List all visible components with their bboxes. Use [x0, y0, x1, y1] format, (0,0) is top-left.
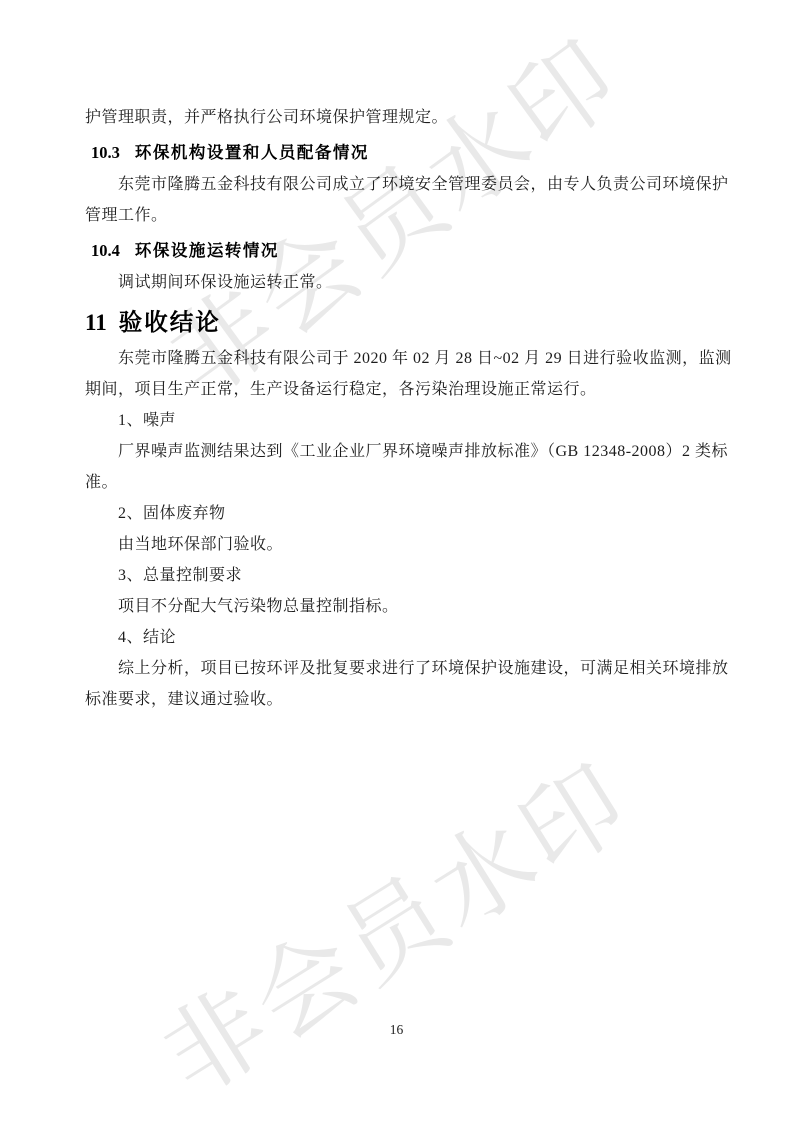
document-page: 非会员水印 非会员水印 护管理职责，并严格执行公司环境保护管理规定。 10.3 … [0, 0, 793, 1122]
list-item-4-title: 4、结论 [85, 622, 725, 653]
list-item-3-body: 项目不分配大气污染物总量控制指标。 [85, 591, 725, 622]
section-number: 10.4 [91, 235, 120, 266]
section-heading-10-4: 10.4 环保设施运转情况 [91, 235, 725, 267]
paragraph-11-line-2: 期间，项目生产正常，生产设备运行稳定，各污染治理设施正常运行。 [85, 374, 725, 405]
paragraph-11-line-1: 东莞市隆腾五金科技有限公司于 2020 年 02 月 28 日~02 月 29 … [85, 343, 725, 374]
watermark-bottom: 非会员水印 [131, 722, 653, 1122]
chapter-heading-11: 11 验收结论 [85, 302, 725, 343]
section-title: 环保设施运转情况 [135, 236, 279, 267]
section-number: 10.3 [91, 137, 120, 168]
chapter-title: 验收结论 [119, 302, 221, 342]
paragraph-10-3-line-2: 管理工作。 [85, 200, 725, 231]
list-item-4-line-1: 综上分析，项目已按环评及批复要求进行了环境保护设施建设，可满足相关环境排放 [85, 653, 725, 684]
list-item-2-title: 2、固体废弃物 [85, 498, 725, 529]
section-heading-10-3: 10.3 环保机构设置和人员配备情况 [91, 137, 725, 169]
list-item-1-title: 1、噪声 [85, 405, 725, 436]
list-item-4-line-2: 标准要求，建议通过验收。 [85, 684, 725, 715]
paragraph-carryover-line: 护管理职责，并严格执行公司环境保护管理规定。 [85, 102, 725, 133]
page-number: 16 [0, 1022, 793, 1038]
list-item-2-body: 由当地环保部门验收。 [85, 529, 725, 560]
paragraph-10-3-line-1: 东莞市隆腾五金科技有限公司成立了环境安全管理委员会，由专人负责公司环境保护 [85, 169, 725, 200]
paragraph-10-4: 调试期间环保设施运转正常。 [85, 267, 725, 298]
section-title: 环保机构设置和人员配备情况 [135, 138, 369, 169]
document-body: 护管理职责，并严格执行公司环境保护管理规定。 10.3 环保机构设置和人员配备情… [85, 102, 725, 715]
list-item-3-title: 3、总量控制要求 [85, 560, 725, 591]
list-item-1-line-2: 准。 [85, 467, 725, 498]
chapter-number: 11 [85, 303, 107, 343]
list-item-1-line-1: 厂界噪声监测结果达到《工业企业厂界环境噪声排放标准》（GB 12348-2008… [85, 436, 725, 467]
